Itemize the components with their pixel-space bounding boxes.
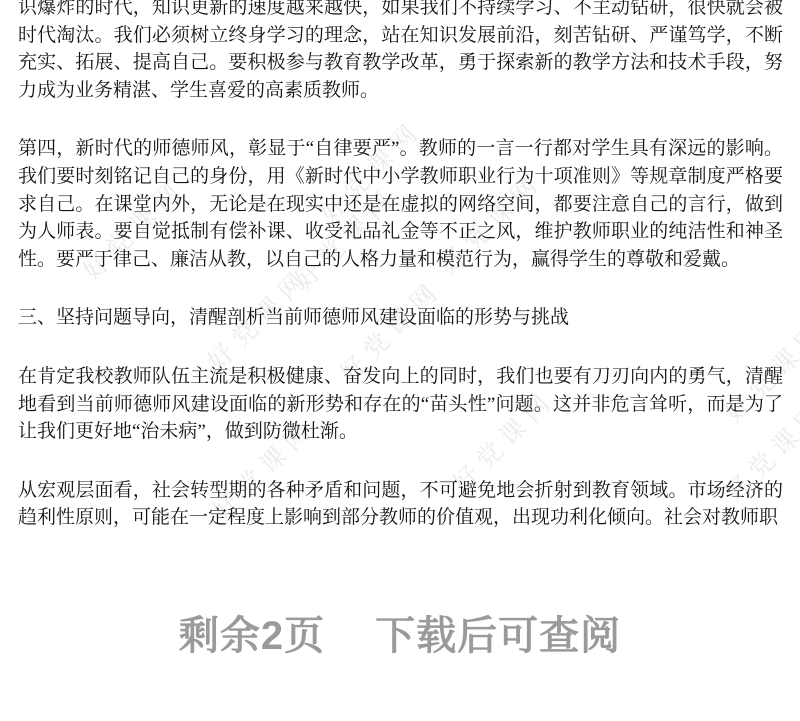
paragraph-truncated: 从宏观层面看，社会转型期的各种矛盾和问题，不可避免地会折射到教育领域。市场经济的… xyxy=(18,477,783,532)
section-heading: 三、坚持问题导向，清醒剖析当前师德师风建设面临的形势与挑战 xyxy=(18,304,783,332)
paragraph-continued: 识爆炸的时代，知识更新的速度越来越快，如果我们不持续学习、不主动钻研，很快就会被… xyxy=(18,0,783,104)
download-hint-label: 下载后可查阅 xyxy=(375,614,621,658)
paragraph: 在肯定我校教师队伍主流是积极健康、奋发向上的同时，我们也要有刀刃向内的勇气，清醒… xyxy=(18,363,783,446)
paragraph: 第四，新时代的师德师风，彰显于“自律要严”。教师的一言一行都对学生具有深远的影响… xyxy=(18,135,783,273)
document-page: 识爆炸的时代，知识更新的速度越来越快，如果我们不持续学习、不主动钻研，很快就会被… xyxy=(0,0,800,532)
preview-footer: 剩余2页下载后可查阅 xyxy=(0,611,800,661)
pages-remaining-label: 剩余2页 xyxy=(179,614,325,658)
